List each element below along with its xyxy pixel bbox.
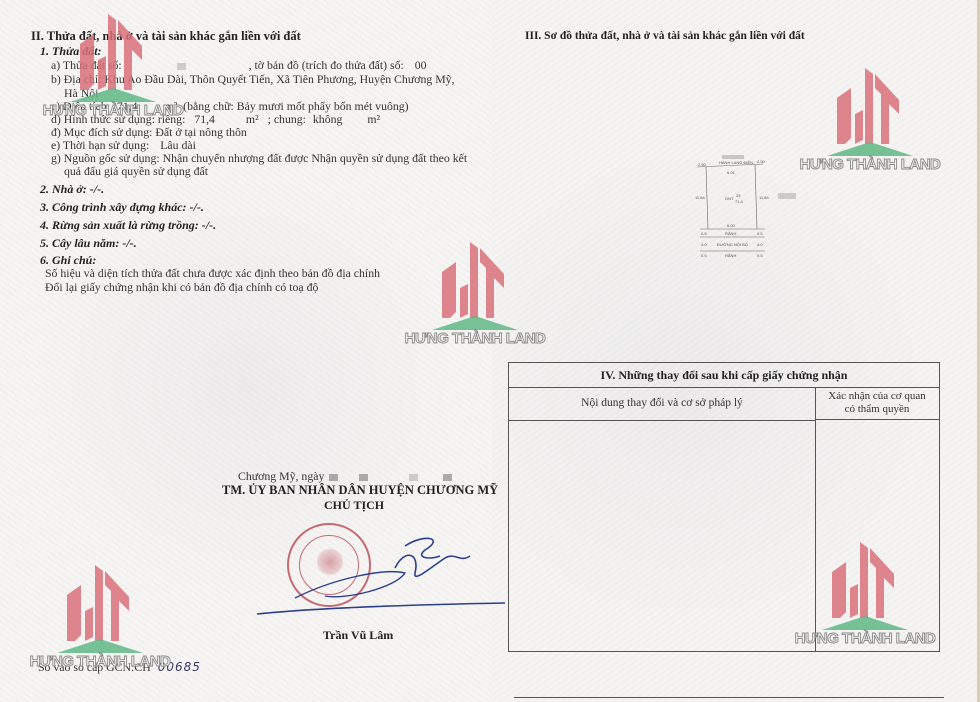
row3-left: 0.5	[701, 253, 707, 258]
col-confirmation-line1: Xác nhận của cơ quan	[815, 390, 939, 403]
shared-area: không	[313, 112, 343, 126]
row1-right: 0.5	[757, 231, 763, 236]
area-value: 71,4	[117, 99, 138, 113]
diagram-bottom-width: 6.00	[727, 223, 735, 228]
section-iv-title: IV. Những thay đổi sau khi cấp giấy chứn…	[509, 363, 939, 388]
diagram-fraction-top: 25	[736, 193, 740, 198]
col-confirmation-line2: có thẩm quyền	[815, 403, 939, 416]
parcel-heading: 1. Thửa đất:	[40, 44, 102, 59]
note-1: Số hiệu và diện tích thửa đất chưa được …	[45, 266, 380, 281]
area-label: c) Diện tích:	[51, 99, 110, 113]
column-divider	[815, 420, 816, 651]
usage-form-label: d) Hình thức sử dụng: riêng:	[51, 112, 185, 126]
map-sheet-number: 00	[415, 58, 427, 72]
row1-left: 0.5	[701, 231, 707, 236]
place-date-label: Chương Mỹ, ngày	[238, 469, 324, 483]
diagram-top-right: 2.50	[757, 159, 765, 164]
redacted-parcel-number	[177, 63, 186, 70]
term-label: e) Thời hạn sử dụng:	[51, 138, 149, 152]
private-area: 71,4	[194, 112, 215, 126]
section-ii-title: II. Thửa đất, nhà ở và tài sản khác gắn …	[31, 29, 301, 44]
section-iii-title: III. Sơ đồ thửa đất, nhà ở và tài sản kh…	[525, 30, 805, 42]
row2-left: 4.0	[701, 242, 707, 247]
redacted-year-a	[409, 474, 418, 481]
diagram-top-width: 6.01	[727, 170, 735, 175]
map-sheet-label: , tờ bản đồ (trích đo thửa đất) số:	[249, 58, 404, 72]
redacted-day	[329, 474, 338, 481]
row1-label: RÃNH	[725, 231, 736, 236]
col-confirmation-header: Xác nhận của cơ quan có thẩm quyền	[815, 387, 939, 420]
diagram-top-road: HÀNH LANG ĐIỆN	[719, 160, 753, 165]
row3-label: RÃNH	[725, 253, 736, 258]
address-line: b) Địa chỉ: Khu Ao Đầu Dài, Thôn Quyết T…	[51, 72, 455, 87]
parcel-diagram: 2.50 HÀNH LANG ĐIỆN 2.50 6.01 11.84 11.8…	[695, 155, 770, 265]
parcel-number-line: a) Thửa đất số: , tờ bản đồ (trích đo th…	[51, 58, 427, 73]
changes-table: IV. Những thay đổi sau khi cấp giấy chứn…	[508, 362, 940, 652]
diagram-fraction-bottom: 71.4	[735, 199, 743, 204]
area-words: ,(bằng chữ: Bảy mươi mốt phẩy bốn mét vu…	[180, 99, 408, 113]
col-changes-header: Nội dung thay đổi và cơ sở pháp lý	[509, 387, 816, 421]
signer-name: Trần Vũ Lâm	[323, 628, 393, 643]
row2-right: 4.0	[757, 242, 763, 247]
redacted-year-b	[443, 474, 452, 481]
house-item: 2. Nhà ở: -/-.	[40, 182, 104, 197]
diagram-right-side: 11.84	[759, 195, 769, 200]
signer-title: CHỦ TỊCH	[324, 498, 384, 513]
area-unit: m²	[165, 99, 178, 113]
signature-stroke	[255, 528, 515, 618]
place-date: Chương Mỹ, ngày	[238, 469, 454, 484]
origin-cont: quả đấu giá quyền sử dụng đất	[64, 164, 208, 179]
note-2: Đổi lại giấy chứng nhận khi có bản đồ đị…	[45, 280, 318, 295]
registry-line: Số vào sổ cấp GCN:CH 00685	[38, 660, 201, 675]
next-table-border	[514, 697, 944, 698]
shared-label: ; chung:	[268, 112, 306, 126]
other-construction-item: 3. Công trình xây dựng khác: -/-.	[40, 200, 204, 215]
term-value: Lâu dài	[160, 138, 196, 152]
registry-number: 00685	[158, 660, 201, 674]
redacted-month	[359, 474, 368, 481]
parcel-number-label: a) Thửa đất số:	[51, 58, 122, 72]
registry-label: Số vào sổ cấp GCN:CH	[38, 660, 151, 674]
authority-name: TM. ỦY BAN NHÂN DÂN HUYỆN CHƯƠNG MỸ	[222, 483, 498, 498]
forest-item: 4. Rừng sản xuất là rừng trồng: -/-.	[40, 218, 216, 233]
diagram-left-side: 11.84	[695, 195, 705, 200]
diagram-parcel-label: ONT	[725, 196, 733, 201]
row3-right: 0.5	[757, 253, 763, 258]
perennial-item: 5. Cây lâu năm: -/-.	[40, 236, 137, 251]
diagram-top-left: 2.50	[698, 162, 706, 167]
redacted-diagram-note	[778, 193, 796, 199]
private-unit: m²	[246, 112, 259, 126]
shared-unit: m²	[367, 112, 380, 126]
row2-label: ĐƯỜNG NỘI BỘ	[717, 242, 748, 247]
